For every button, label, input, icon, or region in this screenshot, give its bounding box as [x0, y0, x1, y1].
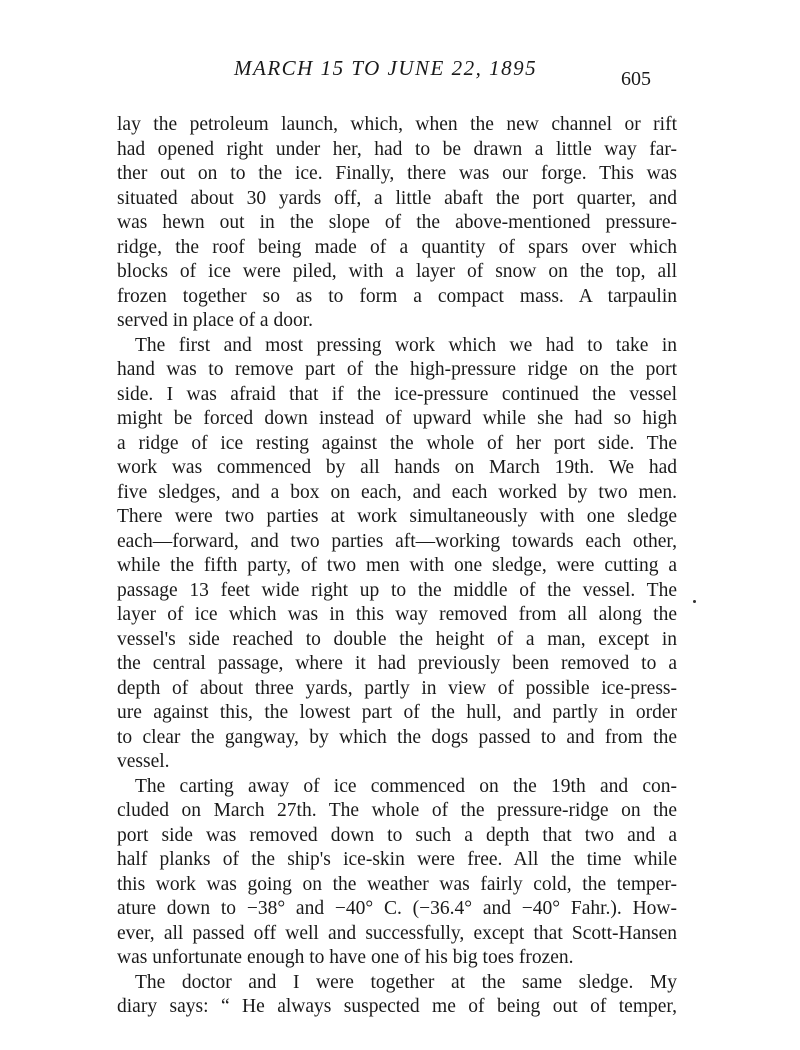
text-line: There were two parties at work simultane…: [117, 505, 677, 530]
text-line: had opened right under her, had to be dr…: [117, 138, 677, 163]
text-line: to clear the gangway, by which the dogs …: [117, 726, 677, 751]
page-number: 605: [621, 68, 651, 91]
text-line: side. I was afraid that if the ice-press…: [117, 383, 677, 408]
text-line: situated about 30 yards off, a little ab…: [117, 187, 677, 212]
text-line: ridge, the roof being made of a quantity…: [117, 236, 677, 261]
text-line: work was commenced by all hands on March…: [117, 456, 677, 481]
text-line: The doctor and I were together at the sa…: [117, 971, 677, 996]
print-speck: [693, 600, 696, 603]
text-line: while the fifth party, of two men with o…: [117, 554, 677, 579]
paragraph-2: The first and most pressing work which w…: [117, 334, 677, 775]
text-line: ther out on to the ice. Finally, there w…: [117, 162, 677, 187]
text-line: layer of ice which was in this way remov…: [117, 603, 677, 628]
paragraph-4: The doctor and I were together at the sa…: [117, 971, 677, 1020]
running-head: MARCH 15 TO JUNE 22, 1895 605: [0, 56, 800, 86]
text-line: served in place of a door.: [117, 309, 677, 334]
text-line: was unfortunate enough to have one of hi…: [117, 946, 677, 971]
text-line: the central passage, where it had previo…: [117, 652, 677, 677]
text-line: frozen together so as to form a compact …: [117, 285, 677, 310]
text-line: ure against this, the lowest part of the…: [117, 701, 677, 726]
text-line: vessel's side reached to double the heig…: [117, 628, 677, 653]
text-line: hand was to remove part of the high-pres…: [117, 358, 677, 383]
paragraph-1: lay the petroleum launch, which, when th…: [117, 113, 677, 334]
text-line: blocks of ice were piled, with a layer o…: [117, 260, 677, 285]
text-line: depth of about three yards, partly in vi…: [117, 677, 677, 702]
text-line: ature down to −38° and −40° C. (−36.4° a…: [117, 897, 677, 922]
text-line: vessel.: [117, 750, 677, 775]
text-line: half planks of the ship's ice-skin were …: [117, 848, 677, 873]
text-line: passage 13 feet wide right up to the mid…: [117, 579, 677, 604]
text-line: was hewn out in the slope of the above-m…: [117, 211, 677, 236]
text-line: diary says: “ He always suspected me of …: [117, 995, 677, 1020]
text-line: might be forced down instead of upward w…: [117, 407, 677, 432]
text-line: each—forward, and two parties aft—workin…: [117, 530, 677, 555]
running-title: MARCH 15 TO JUNE 22, 1895: [234, 56, 537, 81]
text-line: this work was going on the weather was f…: [117, 873, 677, 898]
body-text: lay the petroleum launch, which, when th…: [117, 113, 677, 1020]
paragraph-3: The carting away of ice commenced on the…: [117, 775, 677, 971]
text-line: ever, all passed off well and successful…: [117, 922, 677, 947]
text-line: port side was removed down to such a dep…: [117, 824, 677, 849]
text-line: The first and most pressing work which w…: [117, 334, 677, 359]
text-line: a ridge of ice resting against the whole…: [117, 432, 677, 457]
text-line: five sledges, and a box on each, and eac…: [117, 481, 677, 506]
text-line: lay the petroleum launch, which, when th…: [117, 113, 677, 138]
text-line: cluded on March 27th. The whole of the p…: [117, 799, 677, 824]
text-line: The carting away of ice commenced on the…: [117, 775, 677, 800]
